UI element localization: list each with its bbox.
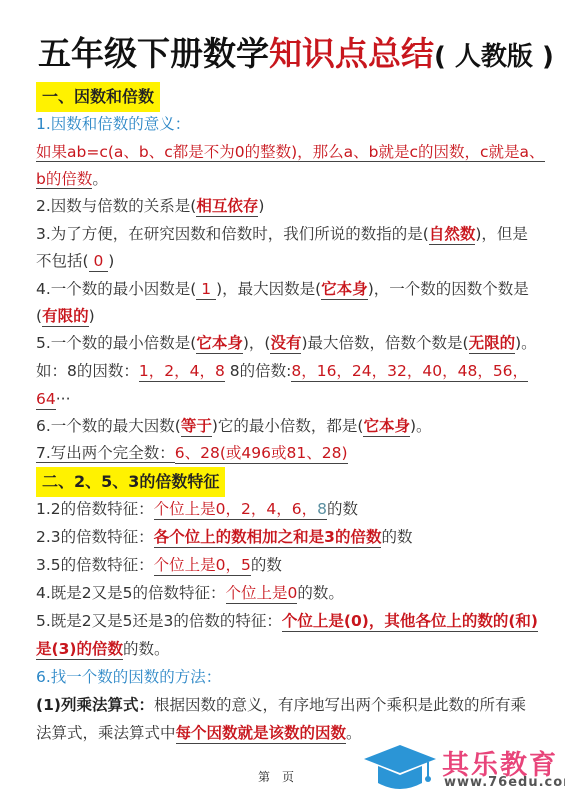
answer: 相互依存 [196,197,258,217]
answer: 是(3)的倍数 [36,640,123,660]
answer: 没有 [270,334,301,354]
example-line: 如：8的因数：1，2，4，8 8的倍数:8，16，24，32，40，48，56， [36,360,528,382]
answer: 它本身 [363,417,410,437]
definition-text: 如果ab=c(a、b、c都是不为0的整数)，那么a、b就是c的因数，c就是a、 [36,143,545,162]
text: 1.2的倍数特征： [36,500,154,518]
answer: 每个因数就是该数的因数 [176,724,347,744]
definition-line-2: b的倍数。 [36,168,108,190]
answer: 6、28(或496或81、28) [175,444,348,464]
text: )。 [410,417,432,435]
page-number-label: 第页 [258,768,306,785]
brand-logo: 其乐教育 www.76edu.com [362,743,562,793]
feature-2: 1.2的倍数特征：个位上是0，2，4，6，8的数 [36,498,358,520]
feature-3: 2.3的倍数特征：各个位上的数相加之和是3的倍数的数 [36,526,412,548]
ellipsis: ··· [56,390,71,408]
feature-2-and-5: 4.既是2又是5的倍数特征：个位上是0的数。 [36,582,344,604]
answer: 1 [196,280,216,300]
title-main: 五年级下册数学 [38,34,269,73]
answer-text: 个位上是0，2，4，6， [154,500,317,518]
answer: 个位上是0 [226,584,298,604]
example-factors: 1，2，4，8 [139,362,225,382]
text: )，( [243,334,271,352]
text: )，但是 [475,225,528,243]
feature-2-5-3-line-2: 是(3)的倍数的数。 [36,638,169,660]
text: 如：8的因数： [36,362,139,380]
text: ) [89,307,95,325]
text: 5.既是2又是5还是3的倍数的特征： [36,612,282,630]
item-3-natural-numbers: 3.为了方便，在研究因数和倍数时，我们所说的数指的是(自然数)，但是 [36,223,528,245]
answer: 0 [89,252,109,272]
page-title: 五年级下册数学知识点总结( 人教版 ) [38,34,554,77]
feature-5: 3.5的倍数特征：个位上是0，5的数 [36,554,282,576]
subheading-find-factors: 6.找一个数的因数的方法： [36,666,221,688]
text: 4.一个数的最小因数是( [36,280,196,298]
text: 的数。 [297,584,344,602]
section-heading-factors-multiples: 一、因数和倍数 [36,82,160,112]
text: 的数 [251,556,282,574]
period: 。 [92,170,108,188]
item-3-line-2: 不包括( 0 ) [36,250,114,272]
text: 5.一个数的最小倍数是( [36,334,196,352]
definition-text-end: b的倍数 [36,170,92,189]
text: 6.一个数的最大因数( [36,417,181,435]
text: 4.既是2又是5的倍数特征： [36,584,226,602]
text: 7.写出两个完全数： [36,444,175,463]
text: 法算式，乘法算式中 [36,724,176,742]
text: 不包括( [36,252,89,270]
text: 2.因数与倍数的关系是( [36,197,196,215]
text: 根据因数的意义，有序地写出两个乘积是此数的所有乘 [154,696,526,714]
text: )最大倍数，倍数个数是( [301,334,468,352]
title-highlight: 知识点总结 [269,34,434,73]
answer: 它本身 [196,334,243,354]
feature-2-5-3: 5.既是2又是5还是3的倍数的特征：个位上是(0)，其他各位上的数的(和) [36,610,538,632]
item-6-max-factor: 6.一个数的最大因数(等于)它的最小倍数，都是(它本身)。 [36,415,432,437]
text: ) [108,252,114,270]
text: 的数 [327,500,358,518]
answer: 个位上是0，5 [154,556,251,576]
text: 2.3的倍数特征： [36,528,154,546]
brand-url: www.76edu.com [444,775,565,790]
graduation-cap-icon [362,743,438,793]
text: )，最大因数是( [216,280,321,298]
item-4-min-factor: 4.一个数的最小因数是( 1 )，最大因数是(它本身)，一个数的因数个数是 [36,278,529,300]
title-edition: ( 人教版 ) [434,42,554,72]
section-heading-multiples-features: 二、2、5、3的倍数特征 [36,467,225,497]
text: 3.5的倍数特征： [36,556,154,574]
text: )。 [515,334,537,352]
text: 的数 [381,528,412,546]
example-multiples: 8，16，24，32，40，48，56， [291,362,528,382]
text: )，一个数的因数个数是 [368,280,529,298]
text: 的数。 [123,640,170,658]
example-line-2: 64··· [36,388,71,410]
item-7-perfect-numbers: 7.写出两个完全数：6、28(或496或81、28) [36,442,348,464]
text: 8的倍数: [225,362,292,380]
answer: 有限的 [42,307,89,327]
definition-line-1: 如果ab=c(a、b、c都是不为0的整数)，那么a、b就是c的因数，c就是a、 [36,141,545,163]
answer: 个位上是0，2，4，6，8 [154,500,327,520]
text: 3.为了方便，在研究因数和倍数时，我们所说的数指的是( [36,225,429,243]
method-1-line-2: 法算式，乘法算式中每个因数就是该数的因数。 [36,722,362,744]
item-5-min-multiple: 5.一个数的最小倍数是(它本身)，(没有)最大倍数，倍数个数是(无限的)。 [36,332,537,354]
text: ) [258,197,264,215]
answer: 各个位上的数相加之和是3的倍数 [154,528,382,548]
answer: 无限的 [469,334,516,354]
method-1-line-1: (1)列乘法算式：根据因数的意义，有序地写出两个乘积是此数的所有乘 [36,694,526,716]
method-label: (1)列乘法算式： [36,696,154,714]
answer: 个位上是(0)，其他各位上的数的(和) [282,612,538,632]
item-4-line-2: (有限的) [36,305,95,327]
subheading-meaning: 1.因数和倍数的意义： [36,113,190,135]
answer: 自然数 [429,225,476,245]
example-multiples-cont: 64 [36,390,56,410]
text: )它的最小倍数，都是( [212,417,364,435]
answer: 等于 [181,417,212,437]
answer: 它本身 [321,280,368,300]
item-2-relationship: 2.因数与倍数的关系是(相互依存) [36,195,264,217]
answer-last-digit: 8 [317,500,327,518]
text: 。 [346,724,362,742]
